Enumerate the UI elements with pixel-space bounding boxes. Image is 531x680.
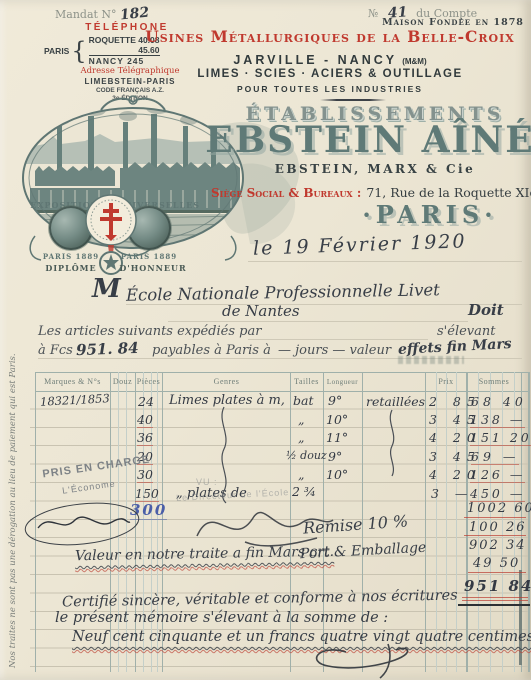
- paris1889-left: PARIS 1889: [41, 252, 101, 261]
- phone-paris-label: PARIS: [44, 46, 69, 56]
- vu-stamp: VU :: [196, 477, 218, 487]
- col-douz: Douz: [110, 377, 135, 386]
- intro-line1: Les articles suivants expédiés par: [38, 324, 261, 339]
- row4-longueur: 9°: [328, 449, 342, 464]
- ornament-rule: [320, 99, 386, 101]
- col-genres: Genres: [163, 377, 290, 386]
- amount-hand: 951. 84: [76, 339, 139, 359]
- siege-label: Siège Social & Bureaux :: [211, 186, 361, 200]
- mandat-number: 182: [119, 5, 150, 24]
- siege-address: 71, Rue de la Roquette XIe: [366, 185, 531, 200]
- addressee-city: de Nantes: [222, 302, 300, 320]
- row6-sommes: 450 —: [470, 486, 525, 502]
- intro-afcs: à Fcs: [38, 343, 73, 358]
- row2-longueur: 10°: [326, 412, 348, 427]
- subtotal-amount: 902 34: [469, 538, 527, 553]
- paris-title: ·PARIS·: [330, 200, 530, 229]
- margin-note: Nos traites ne sont pas une dérogation a…: [8, 323, 18, 668]
- col-tailles: Tailles: [290, 377, 323, 386]
- row1-pieces: 24: [138, 394, 154, 409]
- row3-sommes: 151 20: [470, 430, 531, 446]
- port-amount: 49 50: [473, 556, 520, 571]
- row5-longueur: 10°: [326, 467, 348, 482]
- total-gross: 1002 60: [467, 501, 531, 516]
- col-pieces: Pièces: [134, 377, 163, 386]
- siege-line: Siège Social & Bureaux : 71, Rue de la R…: [211, 182, 531, 201]
- partners-line: EBSTEIN, MARX & Cie: [195, 162, 531, 176]
- note-ditto-brace: [384, 408, 400, 478]
- row1-tailles: bat: [293, 393, 313, 408]
- row4-tailles: ½ douz: [286, 449, 327, 462]
- honneur-label: D'HONNEUR: [118, 263, 188, 273]
- row3-tailles: „: [298, 430, 304, 445]
- diplome-label: DIPLÔME: [38, 263, 104, 273]
- final-total: 951 84: [464, 577, 531, 595]
- bottom-signature: [288, 642, 438, 680]
- city-suffix: (M&M): [402, 57, 426, 66]
- row5-sommes: 126 —: [470, 467, 525, 483]
- total-rule: [458, 604, 530, 606]
- small-stamp: [398, 356, 464, 364]
- col-longueur: Longueur: [323, 378, 362, 386]
- remise-amount: 100 26: [469, 520, 527, 535]
- doit-label: Doit: [468, 301, 504, 319]
- row4-sommes: 69 —: [471, 449, 519, 465]
- row2-pieces: 40: [137, 412, 153, 428]
- industries-line: POUR TOUTES LES INDUSTRIES: [133, 84, 527, 94]
- mandat-label: Mandat N°: [55, 8, 117, 21]
- row5-pieces: 30: [137, 467, 153, 483]
- row1-note: retaillées: [366, 394, 425, 409]
- cert-line2: le présent mémoire s'élevant à la somme …: [55, 610, 388, 626]
- col-marques: Marques & N°s: [36, 377, 109, 386]
- products-line: LIMES · SCIES · ACIERS & OUTILLAGE: [133, 68, 527, 80]
- phone-brace: {: [71, 37, 86, 65]
- company-tagline: Usines Métallurgiques de la Belle-Croix: [133, 27, 527, 46]
- intro-payables: payables à Paris à: [152, 343, 271, 358]
- invoice-document: Mandat N° 182 № 41 du Compte Maison Fond…: [0, 0, 531, 680]
- econome-signature: [20, 498, 145, 550]
- row1-longueur: 9°: [328, 393, 342, 408]
- company-name: EBSTEIN AÎNÉ: [190, 119, 531, 161]
- row3-longueur: 11°: [326, 430, 348, 445]
- row3-pieces: 36: [137, 430, 153, 446]
- account-no-sign: №: [368, 7, 378, 20]
- intro-jours: — jours — valeur: [278, 343, 391, 358]
- city-line: JARVILLE - NANCY (M&M): [133, 49, 527, 68]
- mandat-line: Mandat N° 182: [55, 3, 149, 22]
- row5-tailles: „: [298, 467, 304, 482]
- row1-sommes: 68 40: [471, 394, 527, 409]
- col-sommes: Sommes: [467, 377, 521, 386]
- paris1889-right: PARIS 1889: [119, 252, 179, 261]
- row2-sommes: 138 —: [470, 412, 525, 428]
- col-prix: Prix: [426, 377, 466, 386]
- city-names: JARVILLE - NANCY: [233, 53, 397, 67]
- row6-prix: 3 —: [431, 486, 473, 501]
- row2-tailles: „: [298, 412, 304, 427]
- addressee-m: M: [92, 274, 121, 304]
